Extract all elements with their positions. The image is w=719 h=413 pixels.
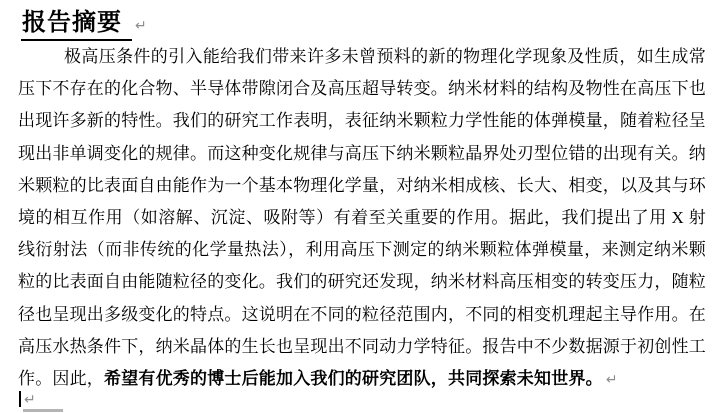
body-text: 极高压条件的引入能给我们带来许多未曾预料的新的物理化学现象及性质，如生成常 (64, 47, 706, 66)
text-line: 极高压条件的引入能给我们带来许多未曾预料的新的物理化学现象及性质，如生成常 (18, 41, 706, 73)
text-line: 径也呈现出多级变化的特点。这说明在不同的粒径范围内，不同的相变机理起主导作用。在 (18, 299, 706, 331)
text-line: 粒的比表面自由能随粒径的变化。我们的研究还发现，纳米材料高压相变的转变压力，随粒 (18, 266, 706, 298)
text-line: 出现许多新的特性。我们的研究工作表明，表征纳米颗粒力学性能的体弹模量，随着粒径呈 (18, 105, 706, 137)
empty-paragraph-line[interactable]: ↵ (19, 390, 36, 410)
paragraph-mark-icon: ↵ (135, 18, 147, 34)
body-text: 径也呈现出多级变化的特点。这说明在不同的粒径范围内，不同的相变机理起主导作用。在 (18, 305, 706, 324)
text-cursor (19, 391, 21, 407)
body-text: 作。因此， (18, 369, 104, 388)
body-text: 压下不存在的化合物、半导体带隙闭合及高压超导转变。纳米材料的结构及物性在高压下也 (18, 79, 706, 98)
paragraph-mark-icon: ↵ (24, 392, 36, 408)
body-text: 高压水热条件下，纳米晶体的生长也呈现出不同动力学特征。报告中不少数据源于初创性工 (18, 337, 706, 356)
emphasis-text: 希望有优秀的博士后能加入我们的研究团队，共同探索未知世界。 (104, 369, 603, 388)
body-text: 境的相互作用（如溶解、沉淀、吸附等）有着至关重要的作用。据此，我们提出了用 X … (18, 208, 706, 227)
paragraph-mark-icon: ↵ (606, 372, 618, 388)
body-text: 粒的比表面自由能随粒径的变化。我们的研究还发现，纳米材料高压相变的转变压力，随粒 (18, 272, 706, 291)
body-text: 线衍射法（而非传统的化学量热法），利用高压下测定的纳米颗粒体弹模量，来测定纳米颗 (18, 240, 706, 259)
text-line: 境的相互作用（如溶解、沉淀、吸附等）有着至关重要的作用。据此，我们提出了用 X … (18, 202, 706, 234)
text-line: 米颗粒的比表面自由能作为一个基本物理化学量，对纳米相成核、长大、相变，以及其与环 (18, 170, 706, 202)
text-line: 作。因此，希望有优秀的博士后能加入我们的研究团队，共同探索未知世界。↵ (18, 363, 706, 396)
abstract-paragraph[interactable]: 极高压条件的引入能给我们带来许多未曾预料的新的物理化学现象及性质，如生成常压下不… (18, 41, 706, 396)
text-line: 压下不存在的化合物、半导体带隙闭合及高压超导转变。纳米材料的结构及物性在高压下也 (18, 73, 706, 105)
section-title: 报告摘要↵ (21, 2, 147, 41)
body-text: 出现许多新的特性。我们的研究工作表明，表征纳米颗粒力学性能的体弹模量，随着粒径呈 (18, 111, 706, 130)
body-text: 现出非单调变化的规律。而这种变化规律与高压下纳米颗粒晶界处刃型位错的出现有关。纳 (18, 144, 706, 163)
text-line: 现出非单调变化的规律。而这种变化规律与高压下纳米颗粒晶界处刃型位错的出现有关。纳 (18, 138, 706, 170)
body-text: 米颗粒的比表面自由能作为一个基本物理化学量，对纳米相成核、长大、相变，以及其与环 (18, 176, 706, 195)
text-line: 高压水热条件下，纳米晶体的生长也呈现出不同动力学特征。报告中不少数据源于初创性工 (18, 331, 706, 363)
section-title-text: 报告摘要 (21, 2, 132, 41)
next-section-sliver (23, 409, 63, 412)
document-page[interactable]: 报告摘要↵ 极高压条件的引入能给我们带来许多未曾预料的新的物理化学现象及性质，如… (0, 0, 719, 413)
text-line: 线衍射法（而非传统的化学量热法），利用高压下测定的纳米颗粒体弹模量，来测定纳米颗 (18, 234, 706, 266)
